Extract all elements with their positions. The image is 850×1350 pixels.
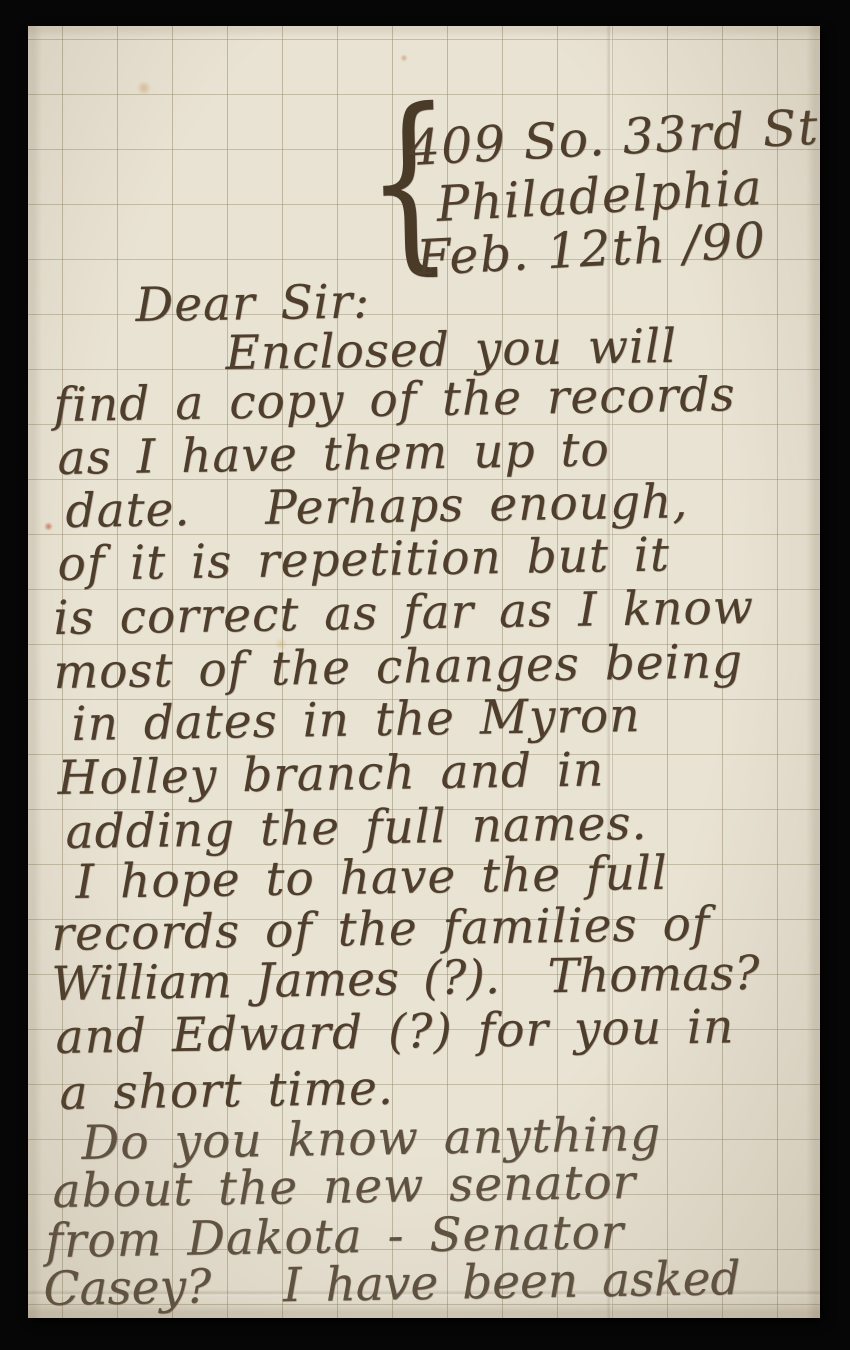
letter-line: and Edward (?) for you in: [55, 999, 735, 1065]
photo-background: { 409 So. 33rd St Philadelphia Feb. 12th…: [0, 0, 850, 1350]
letter-line: Holley branch and in: [57, 742, 604, 806]
stain-mark: [44, 522, 53, 531]
letter-paper: { 409 So. 33rd St Philadelphia Feb. 12th…: [28, 26, 820, 1318]
stain-mark: [136, 81, 152, 95]
letter-line: Casey? I have been asked: [43, 1251, 741, 1317]
stain-mark: [400, 54, 408, 62]
letter-line: find a copy of the records: [53, 367, 736, 433]
